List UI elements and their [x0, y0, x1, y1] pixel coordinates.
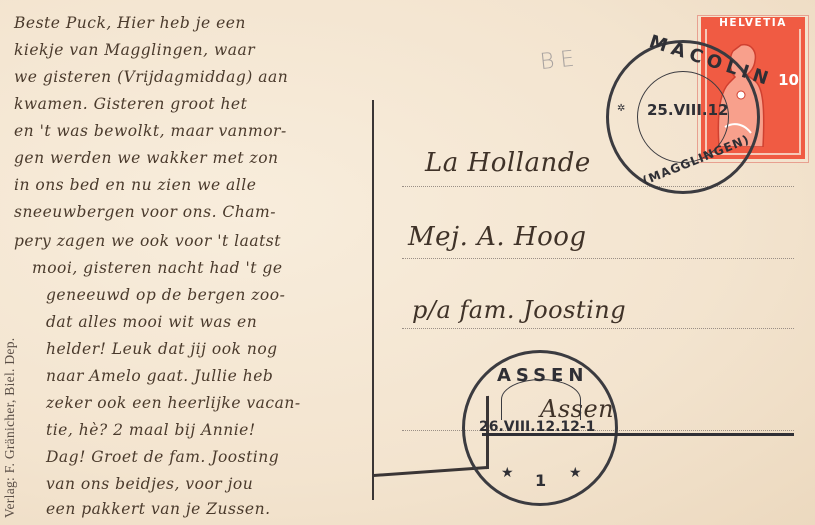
- stamp-value: 10: [778, 71, 799, 89]
- publisher-imprint: Verlag: F. Gränicher, Biel. Dep.: [2, 338, 18, 518]
- address-line-rule: [402, 258, 794, 259]
- arrival-postmark: ASSEN 26.VIII.12.12-1 ★ 1 ★: [462, 350, 618, 506]
- message-line: mooi, gisteren nacht had 't ge: [32, 259, 283, 277]
- message-line: een pakkert van je Zussen.: [46, 500, 271, 518]
- origin-postmark-date: 25.VIII.12: [647, 101, 729, 119]
- pencil-note: BE: [539, 46, 582, 75]
- address-line-2: Mej. A. Hoog: [408, 222, 587, 252]
- message-line: geneeuwd op de bergen zoo-: [46, 286, 285, 304]
- message-line: we gisteren (Vrijdagmiddag) aan: [14, 68, 288, 86]
- arrival-postmark-place: ASSEN: [497, 365, 588, 386]
- message-line: gen werden we wakker met zon: [14, 149, 279, 167]
- origin-postmark-ornament: ✲: [617, 103, 625, 114]
- message-line: zeker ook een heerlijke vacan-: [46, 394, 301, 412]
- address-line-1: La Hollande: [425, 148, 591, 178]
- star-icon: ★: [569, 465, 582, 481]
- origin-postmark: MACOLIN (MAGGLINGEN) 25.VIII.12 ✲: [606, 40, 760, 194]
- postmark-bar: [482, 433, 794, 436]
- message-line: naar Amelo gaat. Jullie heb: [46, 367, 273, 385]
- address-line-rule: [402, 186, 794, 187]
- message-line: helder! Leuk dat jij ook nog: [46, 340, 278, 358]
- address-line-rule: [402, 328, 794, 329]
- message-line: dat alles mooi wit was en: [46, 313, 257, 331]
- message-line: tie, hè? 2 maal bij Annie!: [46, 421, 256, 439]
- message-line: Dag! Groet de fam. Joosting: [46, 448, 279, 466]
- message-line: sneeuwbergen voor ons. Cham-: [14, 203, 276, 221]
- message-line: kwamen. Gisteren groot het: [14, 95, 247, 113]
- star-icon: ★: [501, 465, 514, 481]
- message-line: in ons bed en nu zien we alle: [14, 176, 256, 194]
- postcard: Verlag: F. Gränicher, Biel. Dep. Beste P…: [0, 0, 815, 525]
- message-line: Beste Puck, Hier heb je een: [14, 14, 246, 32]
- arrival-postmark-number: 1: [535, 471, 546, 490]
- message-line: pery zagen we ook voor 't laatst: [14, 232, 281, 250]
- message-line: van ons beidjes, voor jou: [46, 475, 253, 493]
- message-line: en 't was bewolkt, maar vanmor-: [14, 122, 287, 140]
- address-line-3: p/a fam. Joosting: [412, 296, 626, 324]
- message-line: kiekje van Magglingen, waar: [14, 41, 255, 59]
- stamp-country: HELVETIA: [701, 17, 805, 29]
